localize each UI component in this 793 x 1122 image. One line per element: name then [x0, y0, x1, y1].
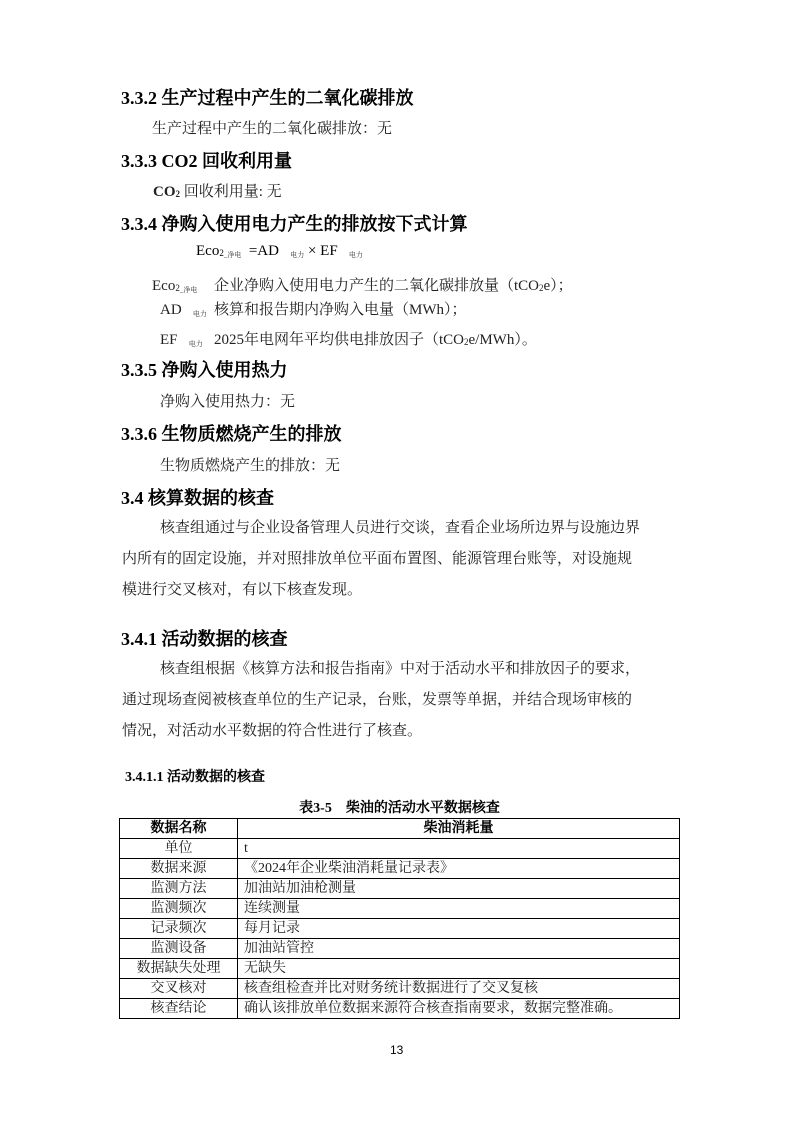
heading-3-4-1-1: 3.4.1.1 活动数据的核查	[125, 766, 265, 786]
table-header-row: 数据名称 柴油消耗量	[120, 819, 680, 839]
table-row: 监测方法加油站加油枪测量	[120, 879, 680, 899]
text-3-3-5: 净购入使用热力：无	[160, 390, 295, 411]
row-value: 加油站加油枪测量	[238, 879, 680, 899]
symbol-text: EF	[160, 332, 178, 348]
heading-3-4-1: 3.4.1 活动数据的核查	[121, 625, 288, 651]
heading-3-3-3: 3.3.3 CO2 回收利用量	[121, 147, 292, 173]
table-row: 单位t	[120, 839, 680, 859]
paragraph-line: 核查组通过与企业设备管理人员进行交谈，查看企业场所边界与设施边界	[122, 513, 682, 544]
table-caption: 表3-5 柴油的活动水平数据核查	[119, 797, 680, 817]
symbol-text: Eco	[152, 278, 175, 294]
row-label: 单位	[120, 839, 238, 859]
paragraph-3-4: 核查组通过与企业设备管理人员进行交谈，查看企业场所边界与设施边界 内所有的固定设…	[122, 513, 682, 606]
table-row: 监测频次连续测量	[120, 899, 680, 919]
formula-ad-sub: 电力	[290, 251, 304, 259]
text-3-3-2: 生产过程中产生的二氧化碳排放：无	[152, 117, 392, 138]
co2-text: 回收利用量: 无	[180, 184, 282, 200]
symbol-sub2: _净电	[180, 286, 198, 294]
formula: Eco2_净电 =AD 电力 × EF 电力	[196, 243, 363, 260]
formula-times-ef: × EF	[304, 243, 337, 259]
table-row: 核查结论确认该排放单位数据来源符合核查指南要求，数据完整准确。	[120, 999, 680, 1019]
definition-desc: 企业净购入使用电力产生的二氧化碳排放量（tCO	[214, 278, 539, 294]
row-label: 交叉核对	[120, 979, 238, 999]
row-value: 《2024年企业柴油消耗量记录表》	[238, 859, 680, 879]
formula-eq-ad: =AD	[241, 243, 279, 259]
table-row: 监测设备加油站管控	[120, 939, 680, 959]
row-value: 无缺失	[238, 959, 680, 979]
row-label: 监测方法	[120, 879, 238, 899]
heading-3-4: 3.4 核算数据的核查	[121, 484, 274, 510]
definition-desc: 2025年电网年平均供电排放因子（tCO	[214, 332, 464, 348]
definition-ad: AD 电力核算和报告期内净购入电量（MWh）；	[160, 298, 467, 319]
diesel-activity-table: 数据名称 柴油消耗量 单位t 数据来源《2024年企业柴油消耗量记录表》 监测方…	[119, 818, 680, 1019]
heading-3-3-4: 3.3.4 净购入使用电力产生的排放按下式计算	[121, 210, 468, 236]
text-3-3-3: CO2 回收利用量: 无	[153, 180, 282, 201]
definition-symbol: EF 电力	[160, 332, 214, 349]
paragraph-line: 通过现场查阅被核查单位的生产记录，台账，发票等单据，并结合现场审核的	[122, 685, 682, 716]
row-label: 核查结论	[120, 999, 238, 1019]
row-value: 连续测量	[238, 899, 680, 919]
table-row: 数据来源《2024年企业柴油消耗量记录表》	[120, 859, 680, 879]
paragraph-line: 情况，对活动水平数据的符合性进行了核查。	[122, 716, 682, 747]
row-label: 记录频次	[120, 919, 238, 939]
definition-desc: 核算和报告期内净购入电量（MWh）；	[214, 302, 467, 318]
text-3-3-6: 生物质燃烧产生的排放：无	[160, 454, 340, 475]
row-label: 数据来源	[120, 859, 238, 879]
table-row: 数据缺失处理无缺失	[120, 959, 680, 979]
header-diesel-consumption: 柴油消耗量	[238, 819, 680, 839]
symbol-sub2: 电力	[189, 340, 203, 348]
formula-ef-sub: 电力	[349, 251, 363, 259]
definition-symbol: AD 电力	[160, 302, 214, 319]
paragraph-line: 内所有的固定设施，并对照排放单位平面布置图、能源管理台账等，对设施规	[122, 544, 682, 575]
symbol-text: AD	[160, 302, 182, 318]
heading-3-3-5: 3.3.5 净购入使用热力	[121, 356, 288, 382]
paragraph-3-4-1: 核查组根据《核算方法和报告指南》中对于活动水平和排放因子的要求， 通过现场查阅被…	[122, 654, 682, 747]
row-value: 每月记录	[238, 919, 680, 939]
row-label: 监测频次	[120, 899, 238, 919]
header-data-name: 数据名称	[120, 819, 238, 839]
row-value: 核查组检查并比对财务统计数据进行了交叉复核	[238, 979, 680, 999]
definition-ef: EF 电力2025年电网年平均供电排放因子（tCO2e/MWh）。	[160, 328, 537, 349]
table-row: 记录频次每月记录	[120, 919, 680, 939]
paragraph-line: 模进行交叉核对，有以下核查发现。	[122, 575, 682, 606]
row-value: 加油站管控	[238, 939, 680, 959]
row-value: t	[238, 839, 680, 859]
co2-label: CO	[153, 184, 176, 200]
formula-eco: Eco	[196, 243, 219, 259]
page-number: 13	[390, 1043, 403, 1057]
row-value: 确认该排放单位数据来源符合核查指南要求，数据完整准确。	[238, 999, 680, 1019]
desc-suffix: e/MWh）。	[469, 332, 537, 348]
heading-3-3-2: 3.3.2 生产过程中产生的二氧化碳排放	[121, 84, 414, 110]
definition-eco: Eco2_净电企业净购入使用电力产生的二氧化碳排放量（tCO2e）；	[152, 274, 573, 295]
table-row: 交叉核对核查组检查并比对财务统计数据进行了交叉复核	[120, 979, 680, 999]
row-label: 数据缺失处理	[120, 959, 238, 979]
row-label: 监测设备	[120, 939, 238, 959]
formula-sub-net: _净电	[224, 251, 242, 259]
definition-symbol: Eco2_净电	[152, 278, 214, 295]
heading-3-3-6: 3.3.6 生物质燃烧产生的排放	[121, 420, 342, 446]
symbol-sub2: 电力	[193, 310, 207, 318]
desc-suffix: e）；	[544, 278, 573, 294]
paragraph-line: 核查组根据《核算方法和报告指南》中对于活动水平和排放因子的要求，	[122, 654, 682, 685]
